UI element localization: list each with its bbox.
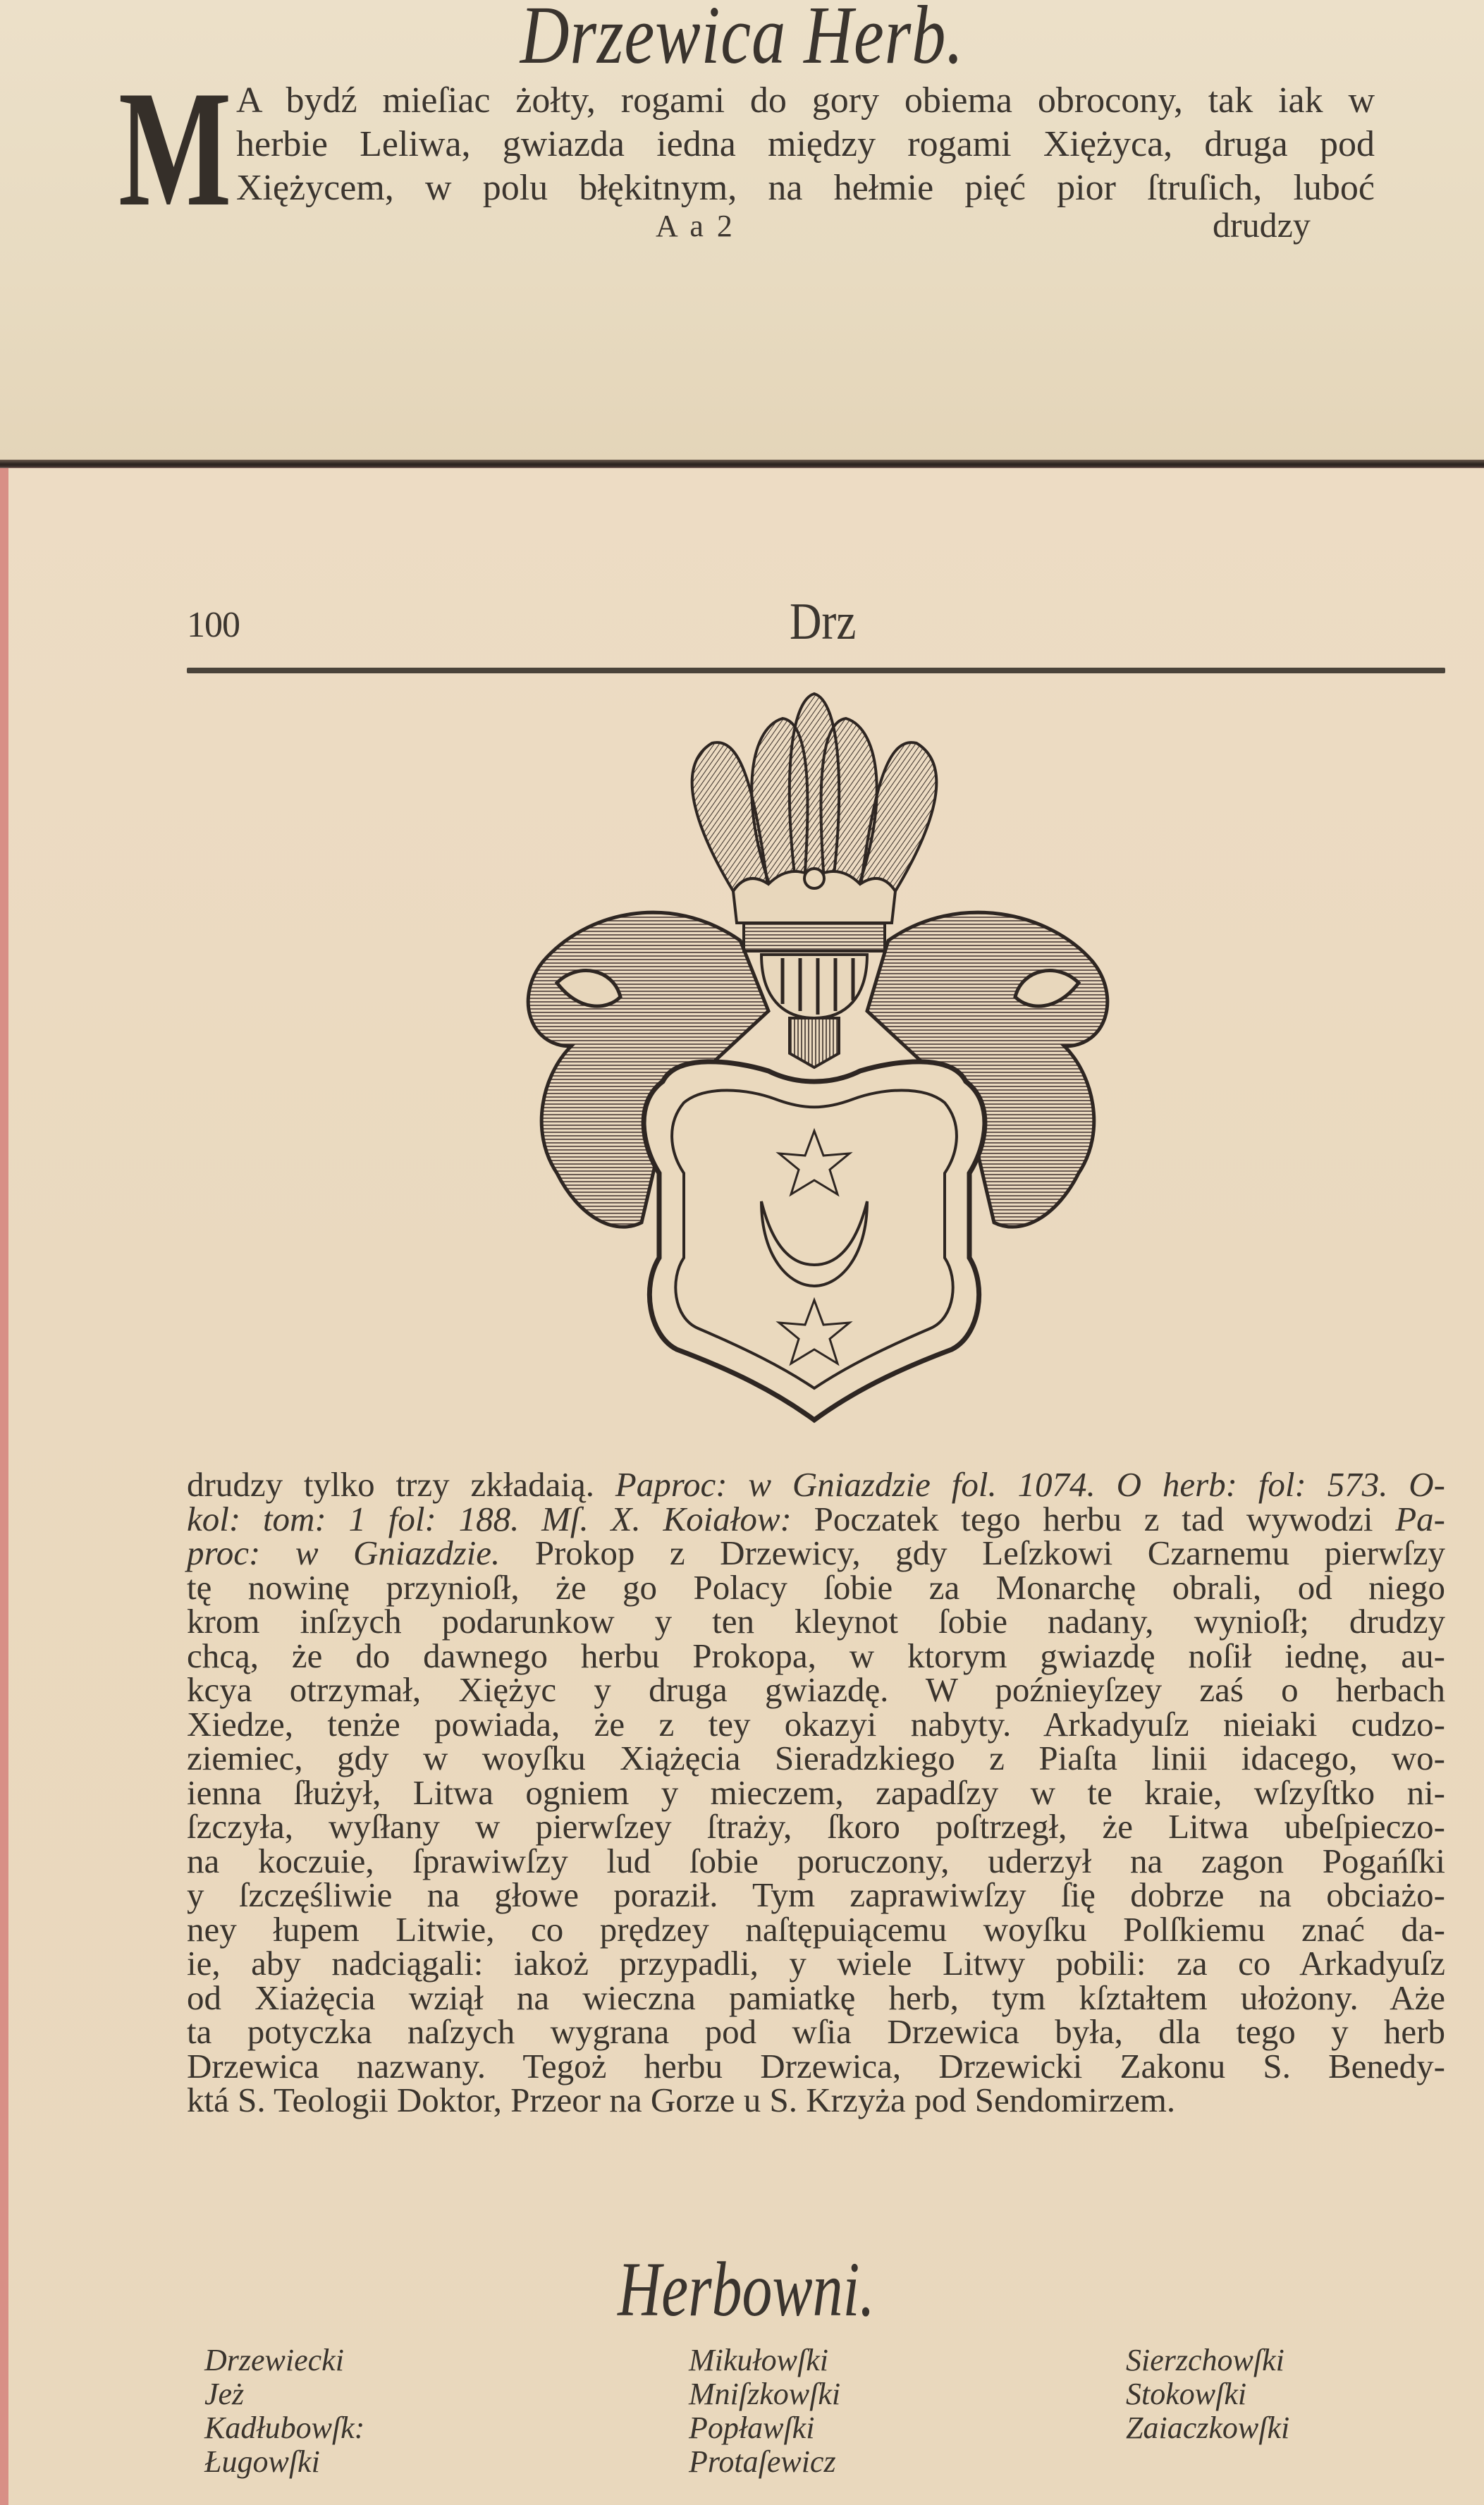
crown-icon [733, 869, 895, 951]
names-column-2: Mikułowſki Mniſzkowſki Popławſki Protaſe… [689, 2344, 840, 2479]
citation-text: kol: tom: 1 fol: 188. Mſ. X. Koiałow: [187, 1500, 814, 1538]
body-text-run: ie, aby nadciągali: iakoż przypadli, y w… [187, 1944, 1445, 1983]
body-text-run: tę nowinę przynioſł, że go Polacy ſobie … [187, 1568, 1445, 1607]
family-name: Drzewiecki [204, 2344, 364, 2377]
body-text-line: kcya otrzymał, Xiężyc y druga gwiazdę. W… [187, 1673, 1445, 1708]
body-text-line: proc: w Gniazdzie. Prokop z Drzewicy, gd… [187, 1536, 1445, 1571]
family-name: Zaiaczkowſki [1126, 2411, 1289, 2445]
body-text-line: ktá S. Teologii Doktor, Przeor na Gorze … [187, 2083, 1445, 2118]
body-text-run: Poczatek tego herbu z tad wywodzi [814, 1500, 1396, 1538]
body-text-run: krom inſzych podarunkow y ten kleynot ſo… [187, 1602, 1445, 1641]
body-text-line: ie, aby nadciągali: iakoż przypadli, y w… [187, 1947, 1445, 1981]
drop-cap: M [118, 79, 231, 220]
body-text-line: drudzy tylko trzy zkładaią. Paproc: w Gn… [187, 1468, 1445, 1502]
coat-of-arms-illustration [501, 680, 1135, 1427]
body-text-line: kol: tom: 1 fol: 188. Mſ. X. Koiałow: Po… [187, 1502, 1445, 1537]
body-text-line: ziemiec, gdy w woyſku Xiążęcia Sieradzki… [187, 1741, 1445, 1776]
body-text-line: ney łupem Litwie, co prędzey naſtępuiące… [187, 1913, 1445, 1947]
body-text-line: chcą, że do dawnego herbu Prokopa, w kto… [187, 1639, 1445, 1674]
family-name: Mikułowſki [689, 2344, 840, 2377]
names-column-1: Drzewiecki Jeż Kadłubowſk: Ługowſki [204, 2344, 364, 2479]
body-text-run: ienna ſłużył, Litwa ogniem y mieczem, za… [187, 1773, 1445, 1812]
body-text-run: ſzczyła, wyſłany w pierwſzey ſtraży, ſko… [187, 1807, 1445, 1846]
top-page-title: Drzewica Herb. [133, 0, 1350, 83]
body-text-run: y ſzczęśliwie na głowe poraził. Tym zapr… [187, 1875, 1445, 1914]
body-text-line: ienna ſłużył, Litwa ogniem y mieczem, za… [187, 1776, 1445, 1811]
family-name: Ługowſki [204, 2445, 364, 2479]
shield-icon [644, 1062, 985, 1420]
family-name: Stokowſki [1126, 2377, 1289, 2411]
page-number: 100 [187, 604, 240, 646]
top-paragraph-line: Xiężycem, w polu błękitnym, na hełmie pi… [236, 166, 1375, 210]
family-name: Protaſewicz [689, 2445, 840, 2479]
names-column-3: Sierzchowſki Stokowſki Zaiaczkowſki [1126, 2344, 1289, 2445]
top-paragraph-line: herbie Leliwa, gwiazda iedna między roga… [236, 123, 1375, 166]
family-name: Sierzchowſki [1126, 2344, 1289, 2377]
body-text-run: ziemiec, gdy w woyſku Xiążęcia Sieradzki… [187, 1739, 1445, 1777]
body-text-line: od Xiażęcia wziął na wieczna pamiatkę he… [187, 1981, 1445, 2016]
body-text-run: na koczuie, ſprawiwſzy lud ſobie poruczo… [187, 1842, 1445, 1880]
body-text-run: od Xiażęcia wziął na wieczna pamiatkę he… [187, 1978, 1445, 2017]
section-title-herbowni: Herbowni. [171, 2245, 1322, 2334]
running-head-word: Drz [790, 592, 856, 652]
body-text-run: Prokop z Drzewicy, gdy Leſzkowi Czarnemu… [500, 1533, 1445, 1572]
family-name: Popławſki [689, 2411, 840, 2445]
signature-mark: A a 2 [656, 208, 735, 244]
body-text-line: tę nowinę przynioſł, że go Polacy ſobie … [187, 1571, 1445, 1605]
citation-text: proc: w Gniazdzie. [187, 1533, 500, 1572]
body-text-line: Xiedze, tenże powiada, że z tey okazyi n… [187, 1708, 1445, 1742]
top-paragraph-line: A bydź mieſiac żołty, rogami do gory obi… [236, 79, 1375, 123]
family-name: Mniſzkowſki [689, 2377, 840, 2411]
body-text-run: ta potyczka naſzych wygrana pod wſia Drz… [187, 2012, 1445, 2051]
body-text-run: Xiedze, tenże powiada, że z tey okazyi n… [187, 1705, 1445, 1744]
body-text-line: krom inſzych podarunkow y ten kleynot ſo… [187, 1605, 1445, 1639]
helmet-icon [761, 955, 867, 1067]
ostrich-feathers-icon [692, 694, 937, 891]
body-text-run: ney łupem Litwie, co prędzey naſtępuiące… [187, 1910, 1445, 1949]
body-text-line: ta potyczka naſzych wygrana pod wſia Drz… [187, 2015, 1445, 2050]
top-page: Drzewica Herb. M A bydź mieſiac żołty, r… [0, 0, 1484, 462]
body-text-line: ſzczyła, wyſłany w pierwſzey ſtraży, ſko… [187, 1810, 1445, 1844]
catchword: drudzy [1213, 204, 1311, 245]
body-text-line: Drzewica nazwany. Tegoż herbu Drzewica, … [187, 2050, 1445, 2084]
main-page: 100 Drz [0, 468, 1484, 2505]
body-text-line: na koczuie, ſprawiwſzy lud ſobie poruczo… [187, 1844, 1445, 1879]
body-text: drudzy tylko trzy zkładaią. Paproc: w Gn… [187, 1468, 1445, 2118]
top-paragraph: A bydź mieſiac żołty, rogami do gory obi… [236, 79, 1375, 210]
family-name: Kadłubowſk: [204, 2411, 364, 2445]
citation-text: Paproc: w Gniazdzie fol. 1074. O herb: f… [615, 1465, 1445, 1504]
body-text-run: ktá S. Teologii Doktor, Przeor na Gorze … [187, 2081, 1175, 2119]
family-name: Jeż [204, 2377, 364, 2411]
body-text-run: chcą, że do dawnego herbu Prokopa, w kto… [187, 1636, 1445, 1675]
body-text-run: drudzy tylko trzy zkładaią. [187, 1465, 615, 1504]
body-text-run: kcya otrzymał, Xiężyc y druga gwiazdę. W… [187, 1670, 1445, 1709]
body-text-line: y ſzczęśliwie na głowe poraził. Tym zapr… [187, 1878, 1445, 1913]
body-text-run: Drzewica nazwany. Tegoż herbu Drzewica, … [187, 2047, 1445, 2086]
citation-text: Pa- [1395, 1500, 1445, 1538]
head-rule-divider [187, 668, 1445, 673]
